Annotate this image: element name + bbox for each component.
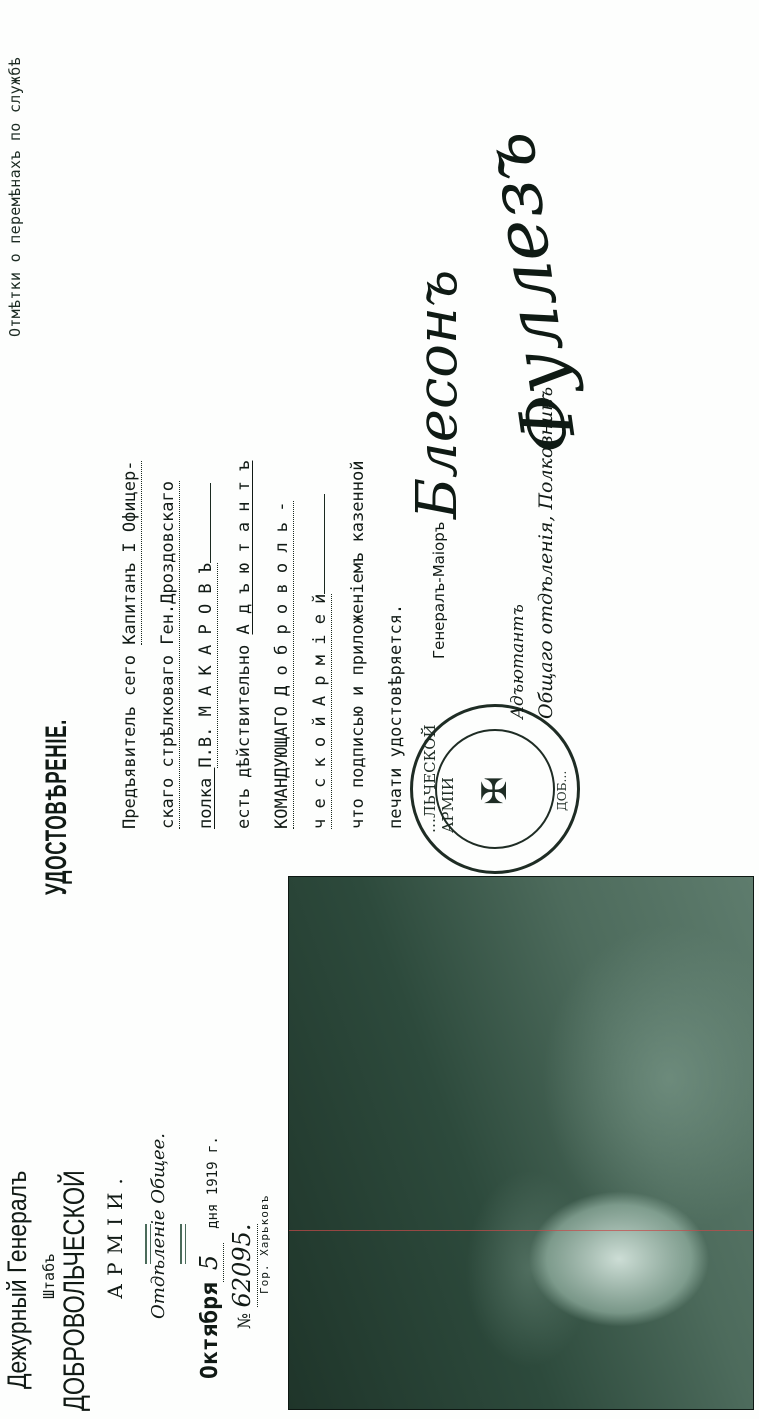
header-line-3: ДОБРОВОЛЬЧЕСКОЙ [58,1170,92,1411]
general-signature: Блесонъ [405,270,470,519]
body-line-1: Предъявитель сего Капитанъ I Офицер- [120,461,140,829]
body-text: полка [196,768,216,829]
body-line-6: ч е с к о й А р м і е й [310,494,330,829]
body-text: печати удостовѣряется. [386,604,406,829]
eagle-emblem-icon: ✠ [475,777,515,806]
body-line-7: что подписью и приложеніемъ казенной [348,461,368,829]
name-field: П.В. М А К А Р О В Ъ [196,563,218,768]
seal-ring-text: …ЛЬЧЕСКОЙ АРМІИ [421,707,457,833]
adjutant-title: Адъютантъ [508,604,528,719]
margin-note: Отмѣтки о перемѣнахъ по службѣ [6,57,24,337]
position-field-cont: КОМАНДУЮЩАГО Д о б р о в о л ь - [272,501,294,829]
department: Отдѣленіе Общее. [148,1133,169,1319]
colonel-signature: Фуллезъ [465,127,593,459]
number-value: 62095. [228,1224,258,1308]
certificate-document: Отмѣтки о перемѣнахъ по службѣ Дежурный … [0,0,759,1419]
body-line-8: печати удостовѣряется. [386,604,406,829]
position-field: А д ъ ю т а н т ъ [234,461,254,635]
document-title: УДОСТОВѢРЕНІЕ. [40,719,74,895]
body-text: что подписью и приложеніемъ казенной [348,461,368,829]
number-prefix: № [235,1313,255,1329]
body-line-5: КОМАНДУЮЩАГО Д о б р о в о л ь - [272,501,292,829]
date-day: 5 [195,1243,224,1282]
scan-artifact-line [289,877,753,1409]
official-seal: …ЛЬЧЕСКОЙ АРМІИ ДОБ… ✠ [410,704,580,874]
position-field-cont: ч е с к о й А р м і е й [310,594,332,829]
header-line-2: Штабъ [40,1254,58,1299]
header-line-4: АРМІИ. [103,1170,127,1299]
date-month: Октября [197,1282,223,1379]
city: Гор. Харьковъ [258,1195,271,1294]
body-line-4: есть дѣйствительно А д ъ ю т а н т ъ [234,461,254,829]
body-text: Предъявитель сего [120,645,140,829]
regiment-field: скаго стрѣлковаго Ген.Дроздовскаго [158,481,180,829]
general-rank: Генералъ-Маіоръ [430,522,448,659]
body-line-3: полка П.В. М А К А Р О В Ъ [196,483,216,829]
seal-bottom-text: ДОБ… [555,771,569,811]
date-year: дня 1919 г. [205,1136,221,1229]
document-number: № 62095. [228,1224,256,1329]
rank-field: Капитанъ I Офицер- [120,461,142,645]
body-text: есть дѣйствительно [234,635,254,829]
issue-date: Октября5 дня 1919 г. [195,1136,223,1379]
body-line-2: скаго стрѣлковаго Ген.Дроздовскаго [158,481,178,829]
divider [180,1224,186,1264]
portrait-photo [288,876,754,1410]
header-line-1: Дежурный Генералъ [2,1171,33,1389]
